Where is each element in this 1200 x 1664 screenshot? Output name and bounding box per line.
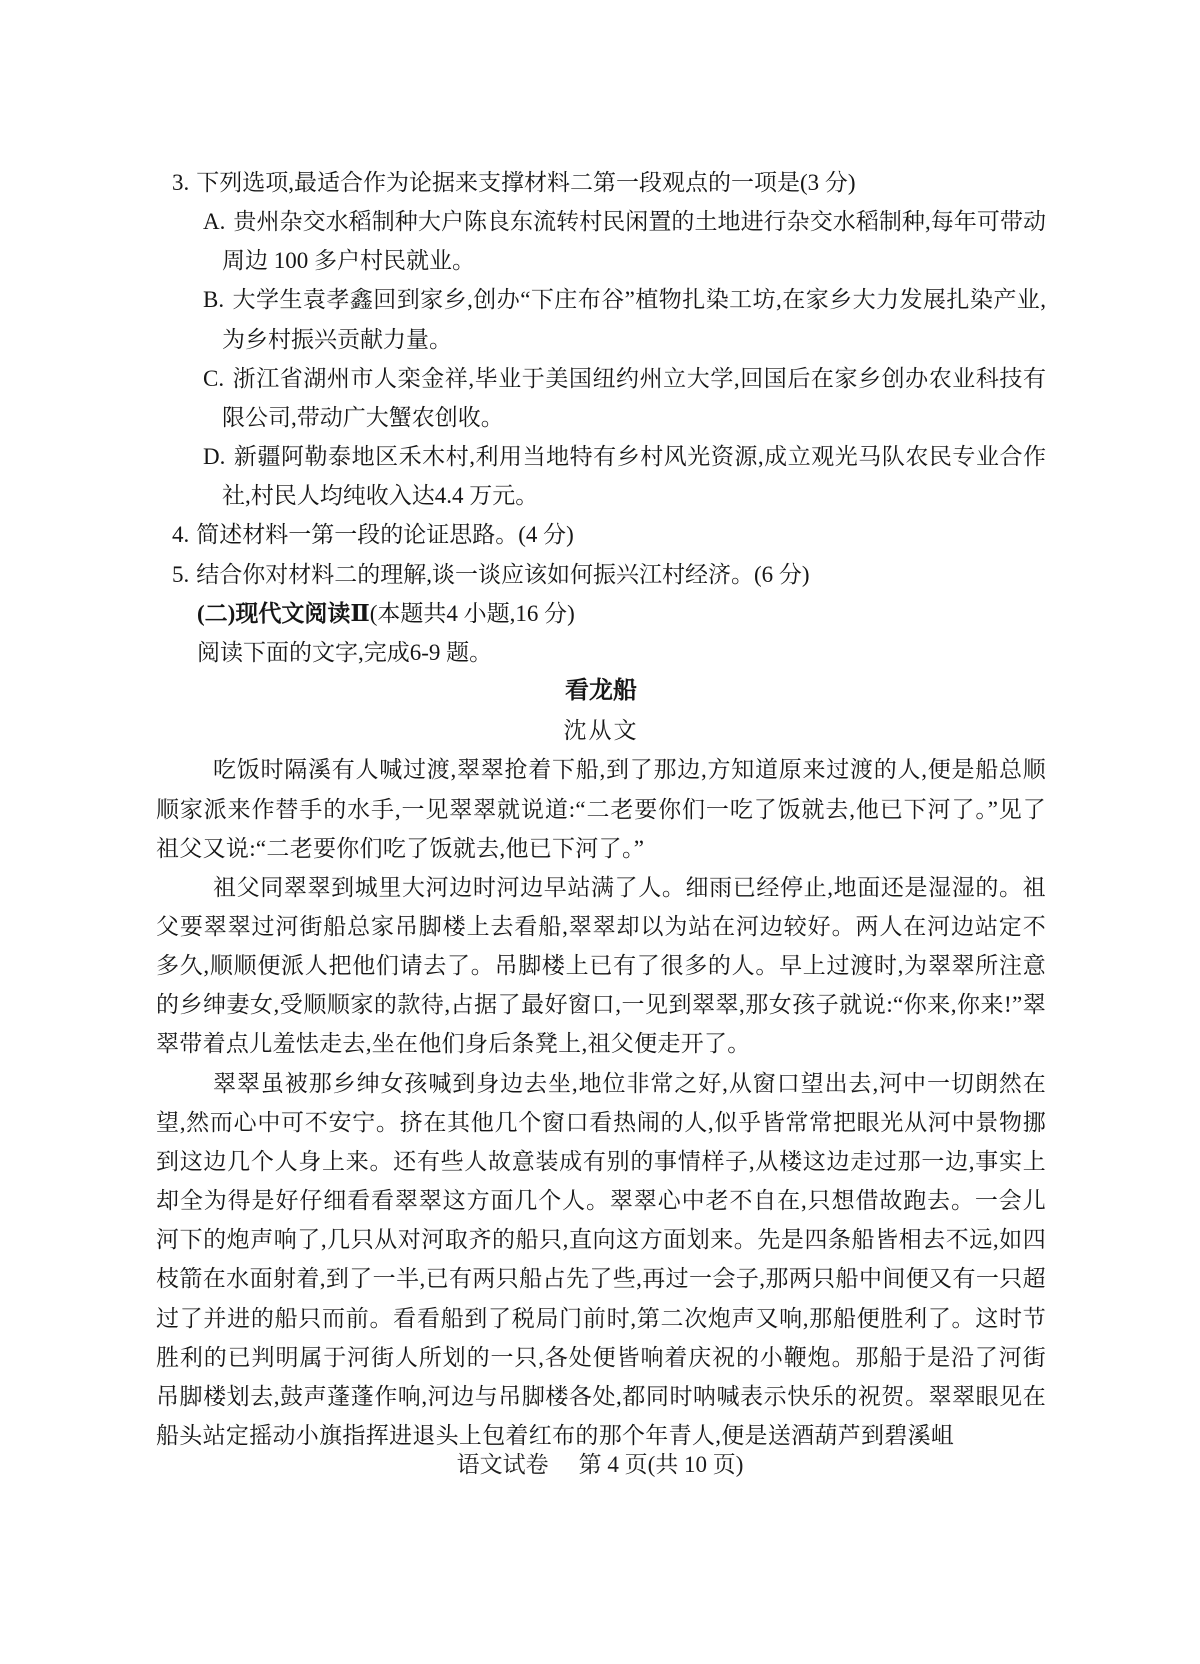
question-4: 4.简述材料一第一段的论证思路。(4 分): [172, 515, 1046, 554]
option-a-label: A.: [203, 209, 225, 234]
question-5: 5.结合你对材料二的理解,谈一谈应该如何振兴江村经济。(6 分): [172, 555, 1046, 594]
section-heading-points: (本题共4 小题,16 分): [370, 601, 575, 626]
option-d-text: 新疆阿勒泰地区禾木村,利用当地特有乡村风光资源,成立观光马队农民专业合作社,村民…: [222, 444, 1046, 508]
option-d-label: D.: [203, 444, 225, 469]
option-b-label: B.: [203, 287, 224, 312]
option-c-label: C.: [203, 366, 224, 391]
option-c-text: 浙江省湖州市人栾金祥,毕业于美国纽约州立大学,回国后在家乡创办农业科技有限公司,…: [222, 366, 1046, 430]
page-content: 3.下列选项,最适合作为论据来支撑材料二第一段观点的一项是(3 分) A.贵州杂…: [156, 163, 1046, 1455]
question-4-stem: 简述材料一第一段的论证思路。(4 分): [196, 522, 574, 547]
section-heading: (二)现代文阅读Ⅱ(本题共4 小题,16 分): [197, 594, 1046, 633]
question-3-option-d: D.新疆阿勒泰地区禾木村,利用当地特有乡村风光资源,成立观光马队农民专业合作社,…: [172, 437, 1046, 515]
option-b-text: 大学生袁孝鑫回到家乡,创办“下庄布谷”植物扎染工坊,在家乡大力发展扎染产业,为乡…: [222, 287, 1046, 351]
passage-paragraph-2: 祖父同翠翠到城里大河边时河边早站满了人。细雨已经停止,地面还是湿湿的。祖父要翠翠…: [156, 868, 1046, 1064]
question-3-option-a: A.贵州杂交水稻制种大户陈良东流转村民闲置的土地进行杂交水稻制种,每年可带动周边…: [172, 202, 1046, 280]
exam-paper-page: 3.下列选项,最适合作为论据来支撑材料二第一段观点的一项是(3 分) A.贵州杂…: [0, 0, 1200, 1664]
question-3-number: 3.: [172, 170, 189, 195]
question-block: 3.下列选项,最适合作为论据来支撑材料二第一段观点的一项是(3 分) A.贵州杂…: [172, 163, 1046, 594]
question-3: 3.下列选项,最适合作为论据来支撑材料二第一段观点的一项是(3 分): [172, 163, 1046, 202]
reading-instruction: 阅读下面的文字,完成6-9 题。: [197, 633, 1046, 672]
question-3-stem: 下列选项,最适合作为论据来支撑材料二第一段观点的一项是(3 分): [196, 170, 855, 195]
question-4-number: 4.: [172, 522, 189, 547]
passage-author: 沈从文: [156, 711, 1046, 750]
passage-paragraph-3: 翠翠虽被那乡绅女孩喊到身边去坐,地位非常之好,从窗口望出去,河中一切朗然在望,然…: [156, 1064, 1046, 1456]
section-heading-title: (二)现代文阅读Ⅱ: [197, 601, 370, 626]
question-3-option-b: B.大学生袁孝鑫回到家乡,创办“下庄布谷”植物扎染工坊,在家乡大力发展扎染产业,…: [172, 280, 1046, 358]
option-a-text: 贵州杂交水稻制种大户陈良东流转村民闲置的土地进行杂交水稻制种,每年可带动周边 1…: [222, 209, 1046, 273]
passage-paragraph-1: 吃饭时隔溪有人喊过渡,翠翠抢着下船,到了那边,方知道原来过渡的人,便是船总顺顺家…: [156, 750, 1046, 867]
passage-title: 看龙船: [156, 672, 1046, 711]
footer-exam-name: 语文试卷: [457, 1452, 549, 1477]
footer-page-number: 第 4 页(共 10 页): [579, 1452, 744, 1477]
page-footer: 语文试卷第 4 页(共 10 页): [0, 1452, 1200, 1478]
question-5-stem: 结合你对材料二的理解,谈一谈应该如何振兴江村经济。(6 分): [196, 562, 809, 587]
question-5-number: 5.: [172, 562, 189, 587]
question-3-option-c: C.浙江省湖州市人栾金祥,毕业于美国纽约州立大学,回国后在家乡创办农业科技有限公…: [172, 359, 1046, 437]
